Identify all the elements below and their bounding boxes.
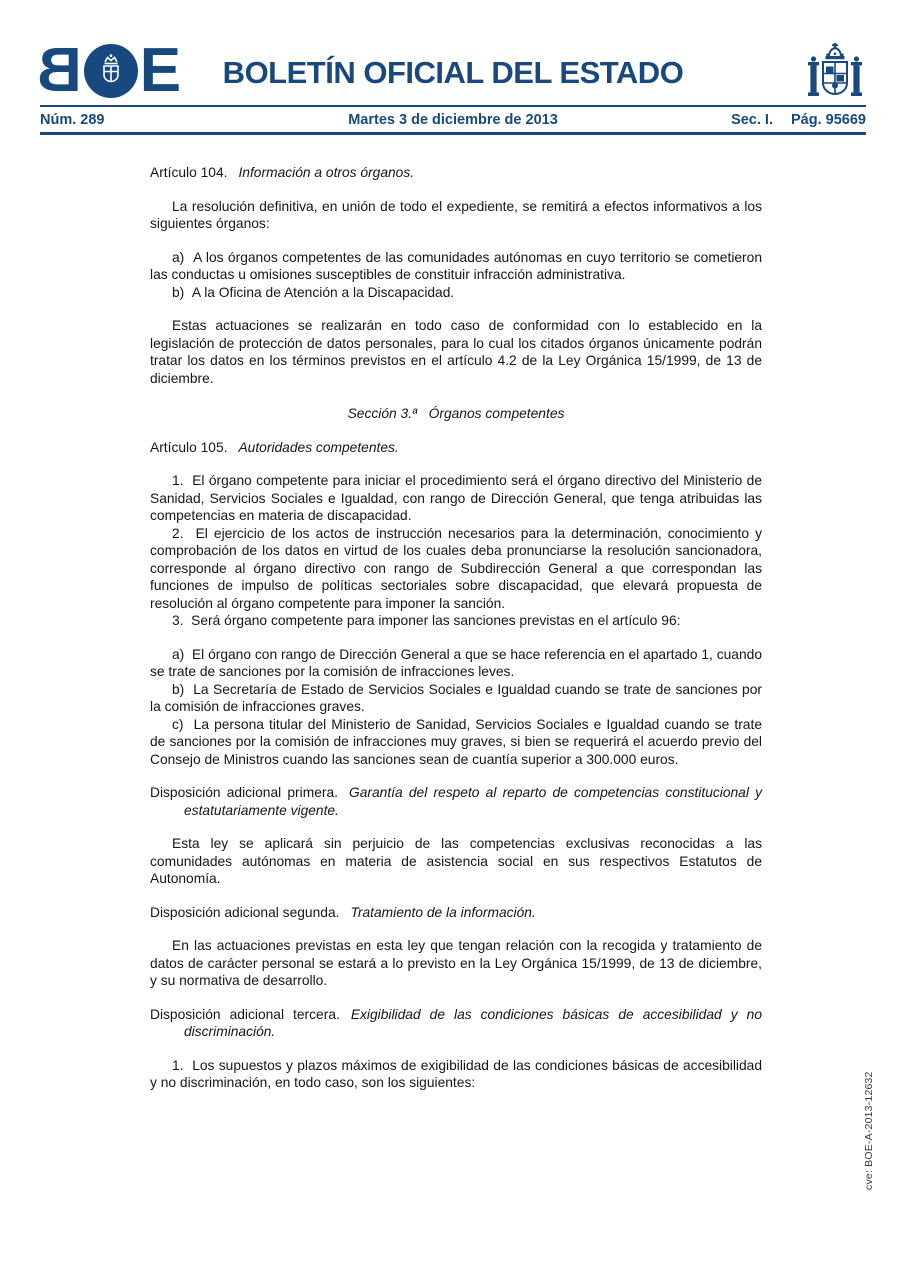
document-body: Artículo 104.Información a otros órganos…: [150, 164, 762, 1092]
paragraph: 2. El ejercicio de los actos de instrucc…: [150, 525, 762, 613]
paragraph: a) El órgano con rango de Dirección Gene…: [150, 646, 762, 681]
heading-title: Autoridades competentes.: [238, 440, 398, 455]
boe-page: B E BOLETÍN OFICIAL DEL ESTADO: [0, 0, 906, 1280]
boe-logo: B E: [40, 44, 181, 98]
disposition-heading: Disposición adicional segunda.Tratamient…: [150, 904, 762, 922]
disposition-heading: Disposición adicional tercera.Exigibilid…: [150, 1006, 762, 1041]
paragraph: b) A la Oficina de Atención a la Discapa…: [150, 284, 762, 302]
page-number: Pág. 95669: [791, 112, 866, 128]
section-label: Sec. I.: [731, 112, 773, 128]
paragraph: Estas actuaciones se realizarán en todo …: [150, 317, 762, 387]
cve-code: cve: BOE-A-2013-12632: [863, 1058, 875, 1190]
subheader-bar: Núm. 289 Martes 3 de diciembre de 2013 S…: [40, 105, 866, 135]
paragraph: La resolución definitiva, en unión de to…: [150, 198, 762, 233]
spain-coat-of-arms-icon: [806, 42, 864, 104]
paragraph: c) La persona titular del Ministerio de …: [150, 716, 762, 769]
heading-title: Tratamiento de la información.: [350, 905, 535, 920]
article-heading: Artículo 104.Información a otros órganos…: [150, 164, 762, 182]
page-header: B E BOLETÍN OFICIAL DEL ESTADO: [40, 42, 866, 106]
paragraph: b) La Secretaría de Estado de Servicios …: [150, 681, 762, 716]
paragraph: Esta ley se aplicará sin perjuicio de la…: [150, 835, 762, 888]
heading-label: Disposición adicional segunda.: [150, 905, 339, 920]
heading-title: Información a otros órganos.: [238, 165, 414, 180]
boe-crest-icon: [84, 44, 138, 98]
heading-label: Disposición adicional tercera.: [150, 1007, 340, 1022]
paragraph: a) A los órganos competentes de las comu…: [150, 249, 762, 284]
page-title: BOLETÍN OFICIAL DEL ESTADO: [223, 55, 684, 91]
paragraph: 1. Los supuestos y plazos máximos de exi…: [150, 1057, 762, 1092]
paragraph: En las actuaciones previstas en esta ley…: [150, 937, 762, 990]
section-heading: Sección 3.ª Órganos competentes: [150, 405, 762, 423]
boe-logo-letter-b: B: [40, 44, 82, 98]
paragraph: 1. El órgano competente para iniciar el …: [150, 472, 762, 525]
heading-label: Disposición adicional primera.: [150, 785, 338, 800]
article-heading: Artículo 105.Autoridades competentes.: [150, 439, 762, 457]
disposition-heading: Disposición adicional primera.Garantía d…: [150, 784, 762, 819]
paragraph: 3. Será órgano competente para imponer l…: [150, 612, 762, 630]
issue-number: Núm. 289: [40, 112, 283, 128]
heading-label: Artículo 105.: [150, 440, 227, 455]
section-page-group: Sec. I. Pág. 95669: [623, 112, 866, 128]
boe-logo-letter-e: E: [140, 44, 181, 98]
heading-label: Artículo 104.: [150, 165, 227, 180]
issue-date: Martes 3 de diciembre de 2013: [283, 112, 623, 128]
